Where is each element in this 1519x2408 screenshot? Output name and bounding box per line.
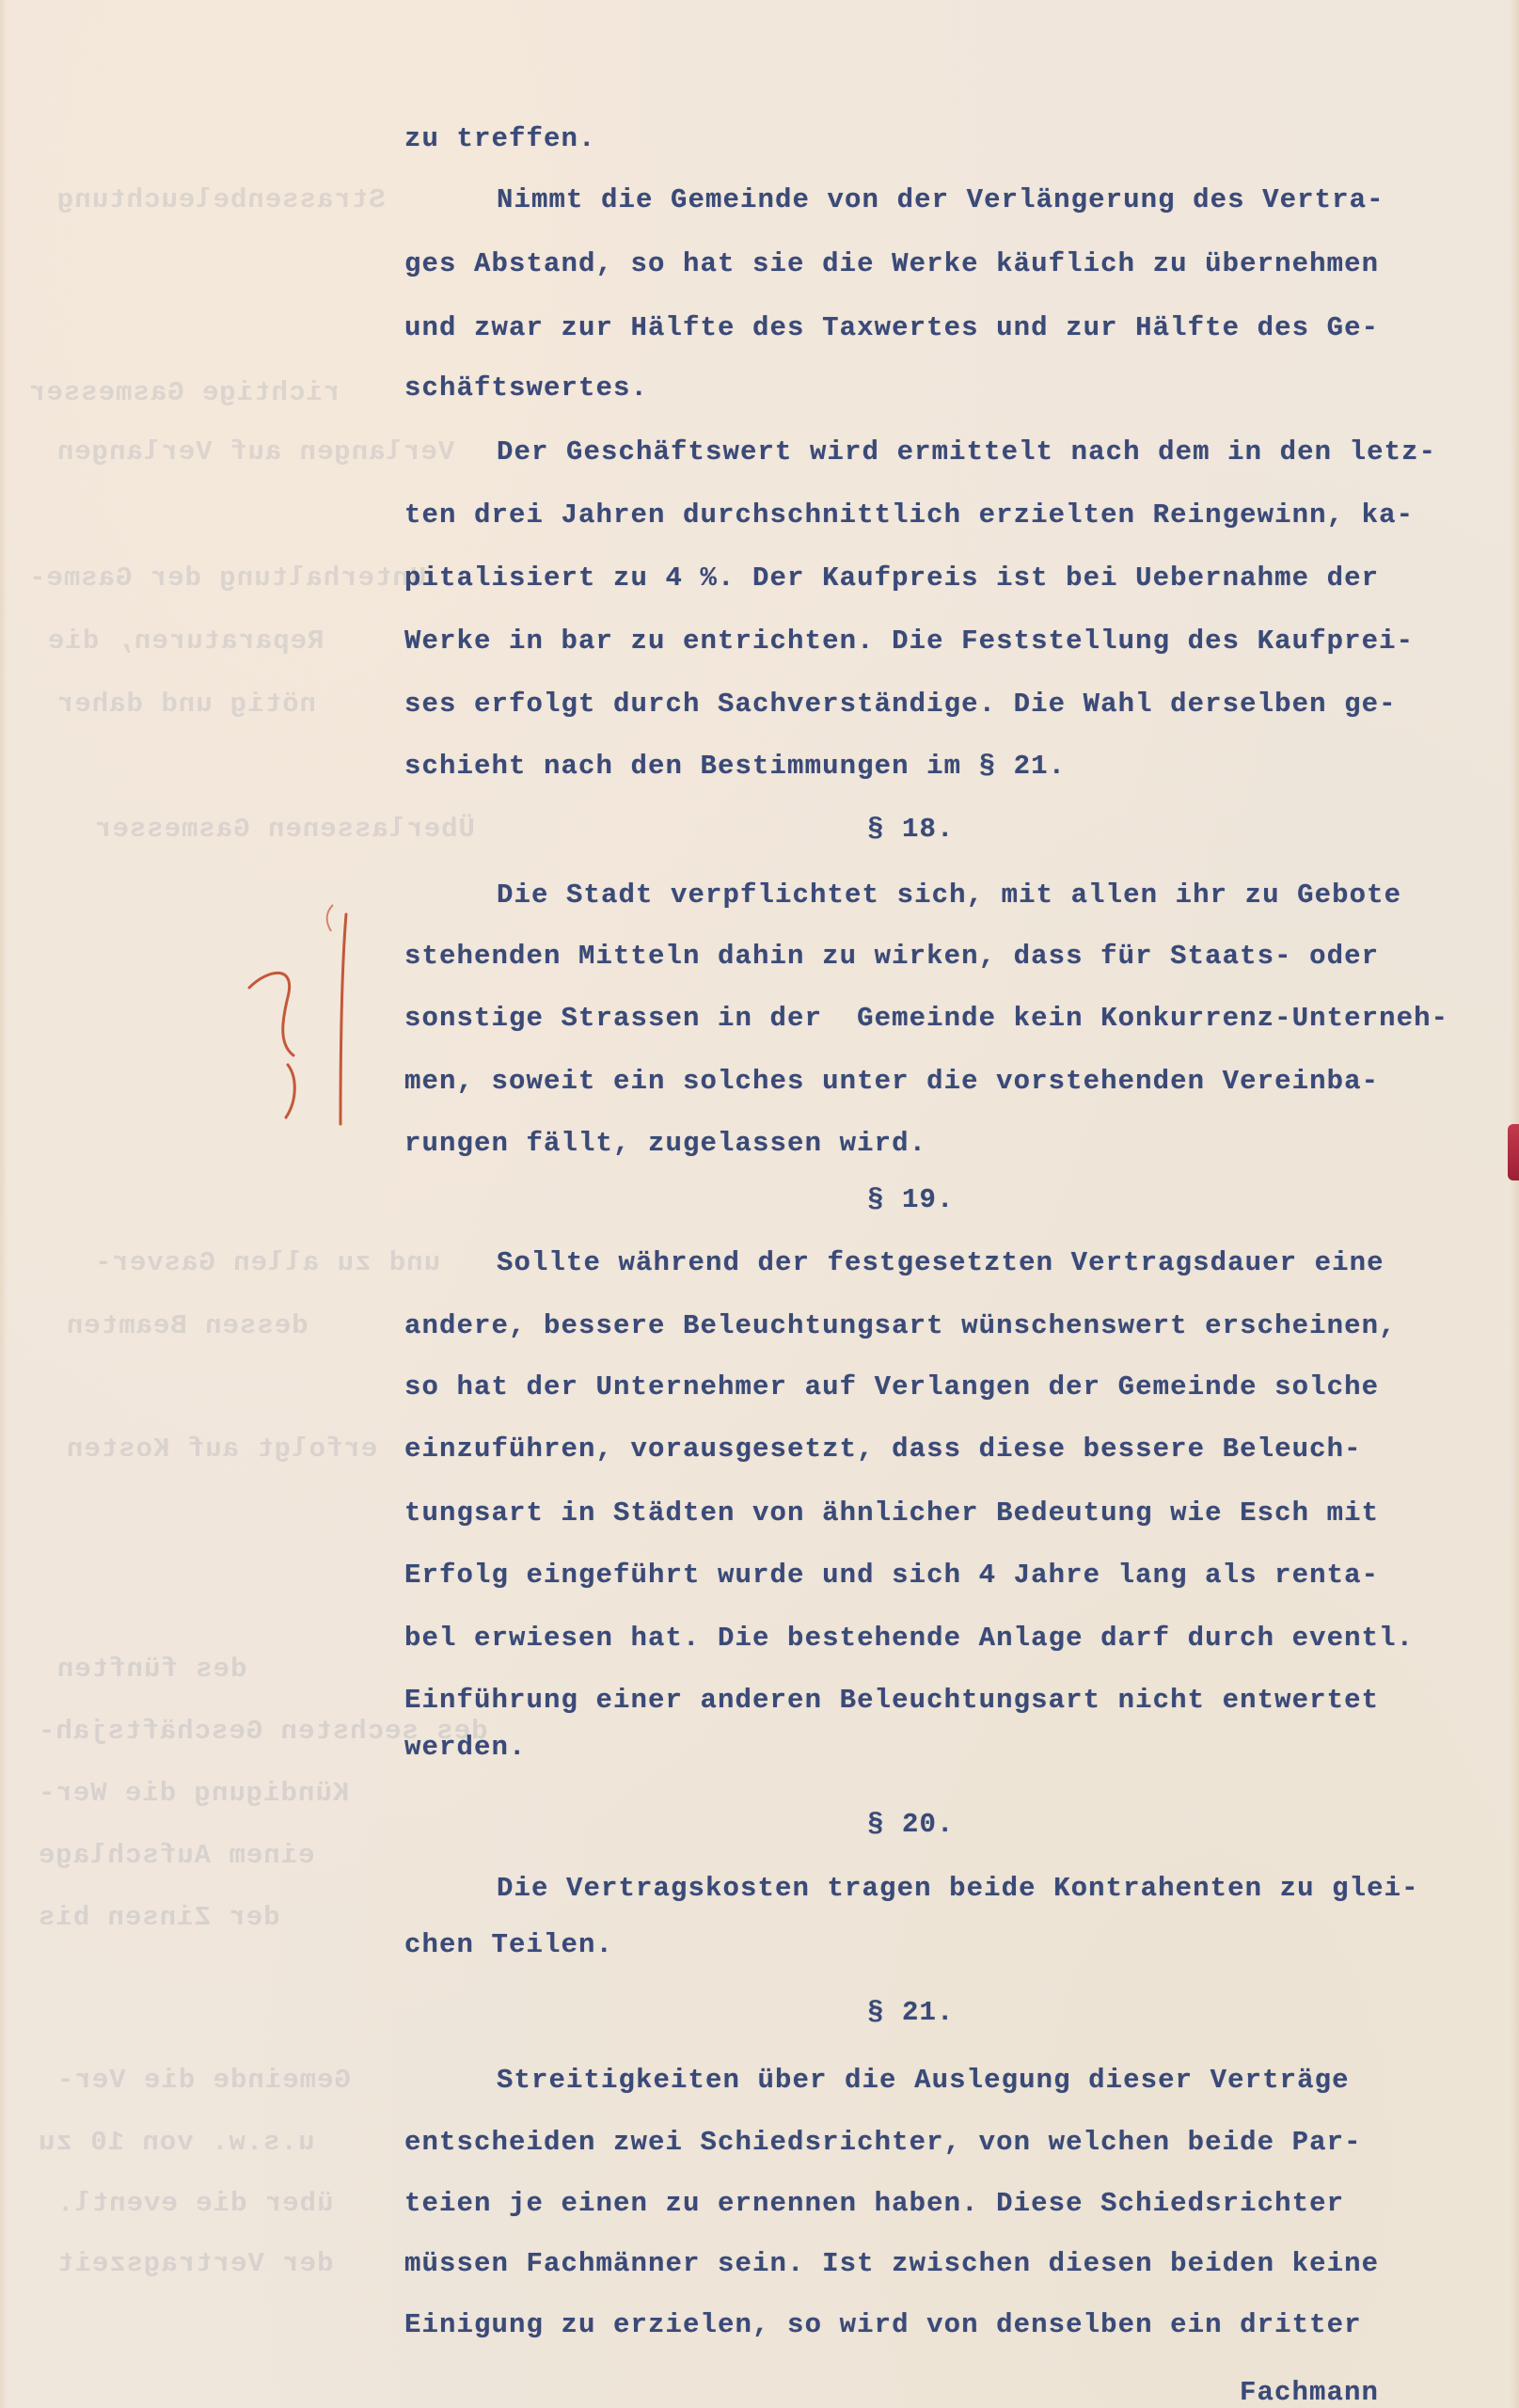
bleed-through-text: nötig und daher [56,688,316,721]
text-line: teien je einen zu ernennen haben. Diese … [404,2187,1344,2221]
text-line: schäftswertes. [404,372,648,405]
text-line: zu treffen. [404,122,596,156]
text-line: Die Stadt verpflichtet sich, mit allen i… [497,879,1401,912]
section-heading-18: § 18. [867,813,955,847]
text-line: Streitigkeiten über die Auslegung dieser… [497,2064,1350,2098]
bleed-through-text: über die eventl. [56,2187,333,2221]
bleed-through-text: Gemeinde die Ver- [56,2064,351,2098]
bleed-through-text: dessen Beamten [66,1309,309,1343]
text-line: Der Geschäftswert wird ermittelt nach de… [497,436,1436,469]
bleed-through-text: Verlangen auf Verlangen [56,436,454,469]
text-line: Einführung einer anderen Beleuchtungsart… [404,1684,1379,1718]
text-line: schieht nach den Bestimmungen im § 21. [404,750,1066,784]
text-line: und zwar zur Hälfte des Taxwertes und zu… [404,311,1379,345]
bleed-through-text: Reparaturen, die [47,625,324,658]
text-line: chen Teilen. [404,1928,613,1962]
bleed-through-text: richtige Gasmesser [28,376,340,410]
bleed-through-text: u.s.w. von 10 zu [38,2126,314,2160]
document-page: Strassenbeleuchtung richtige Gasmesser V… [0,0,1519,2408]
text-line: ses erfolgt durch Sachverständige. Die W… [404,688,1397,721]
text-line: sonstige Strassen in der Gemeinde kein K… [404,1002,1448,1036]
catchword: Fachmann [1240,2376,1379,2408]
text-line: so hat der Unternehmer auf Verlangen der… [404,1370,1379,1404]
text-line: werden. [404,1731,527,1765]
text-line: rungen fällt, zugelassen wird. [404,1127,926,1161]
text-line: müssen Fachmänner sein. Ist zwischen die… [404,2247,1379,2281]
bleed-through-text: erfolgt auf Kosten [66,1433,377,1466]
bleed-through-text: des fünften [56,1653,246,1687]
text-line: andere, bessere Beleuchtungsart wünschen… [404,1309,1397,1343]
text-line: Sollte während der festgesetzten Vertrag… [497,1246,1385,1280]
text-line: stehenden Mitteln dahin zu wirken, dass … [404,940,1379,974]
text-line: tungsart in Städten von ähnlicher Bedeut… [404,1497,1379,1530]
text-line: ges Abstand, so hat sie die Werke käufli… [404,247,1379,281]
text-line: pitalisiert zu 4 %. Der Kaufpreis ist be… [404,562,1379,595]
text-line: Die Vertragskosten tragen beide Kontrahe… [497,1872,1419,1906]
text-line: ten drei Jahren durchschnittlich erzielt… [404,499,1414,532]
text-line: entscheiden zwei Schiedsrichter, von wel… [404,2126,1362,2160]
section-heading-20: § 20. [867,1808,955,1842]
bleed-through-text: Unterhaltung der Gasme- [28,562,426,595]
bleed-through-text: einem Aufschlage [38,1839,314,1873]
text-line: Erfolg eingeführt wurde und sich 4 Jahre… [404,1559,1379,1592]
bleed-through-text: Strassenbeleuchtung [56,183,386,217]
bleed-through-text: Überlassenen Gasmesser [94,813,475,847]
binding-thread [1508,1124,1519,1180]
text-line: bel erwiesen hat. Die bestehende Anlage … [404,1622,1414,1655]
text-line: einzuführen, vorausgesetzt, dass diese b… [404,1433,1362,1466]
bleed-through-text: der Zinsen bis [38,1901,280,1935]
bleed-through-text: Kündigung die Wer- [38,1777,349,1811]
margin-annotation-bracket-icon [235,903,386,1148]
bleed-through-text: der Vertragszeit [56,2247,333,2281]
section-heading-21: § 21. [867,1996,955,2030]
text-line: men, soweit ein solches unter die vorste… [404,1065,1379,1099]
section-heading-19: § 19. [867,1183,955,1217]
paper-edge-left [0,0,8,2408]
text-line: Werke in bar zu entrichten. Die Feststel… [404,625,1414,658]
paper-edge-right [1510,0,1519,2408]
text-line: Einigung zu erzielen, so wird von densel… [404,2308,1362,2342]
text-line: Nimmt die Gemeinde von der Verlängerung … [497,183,1385,217]
bleed-through-text: und zu allen Gasver- [94,1246,440,1280]
